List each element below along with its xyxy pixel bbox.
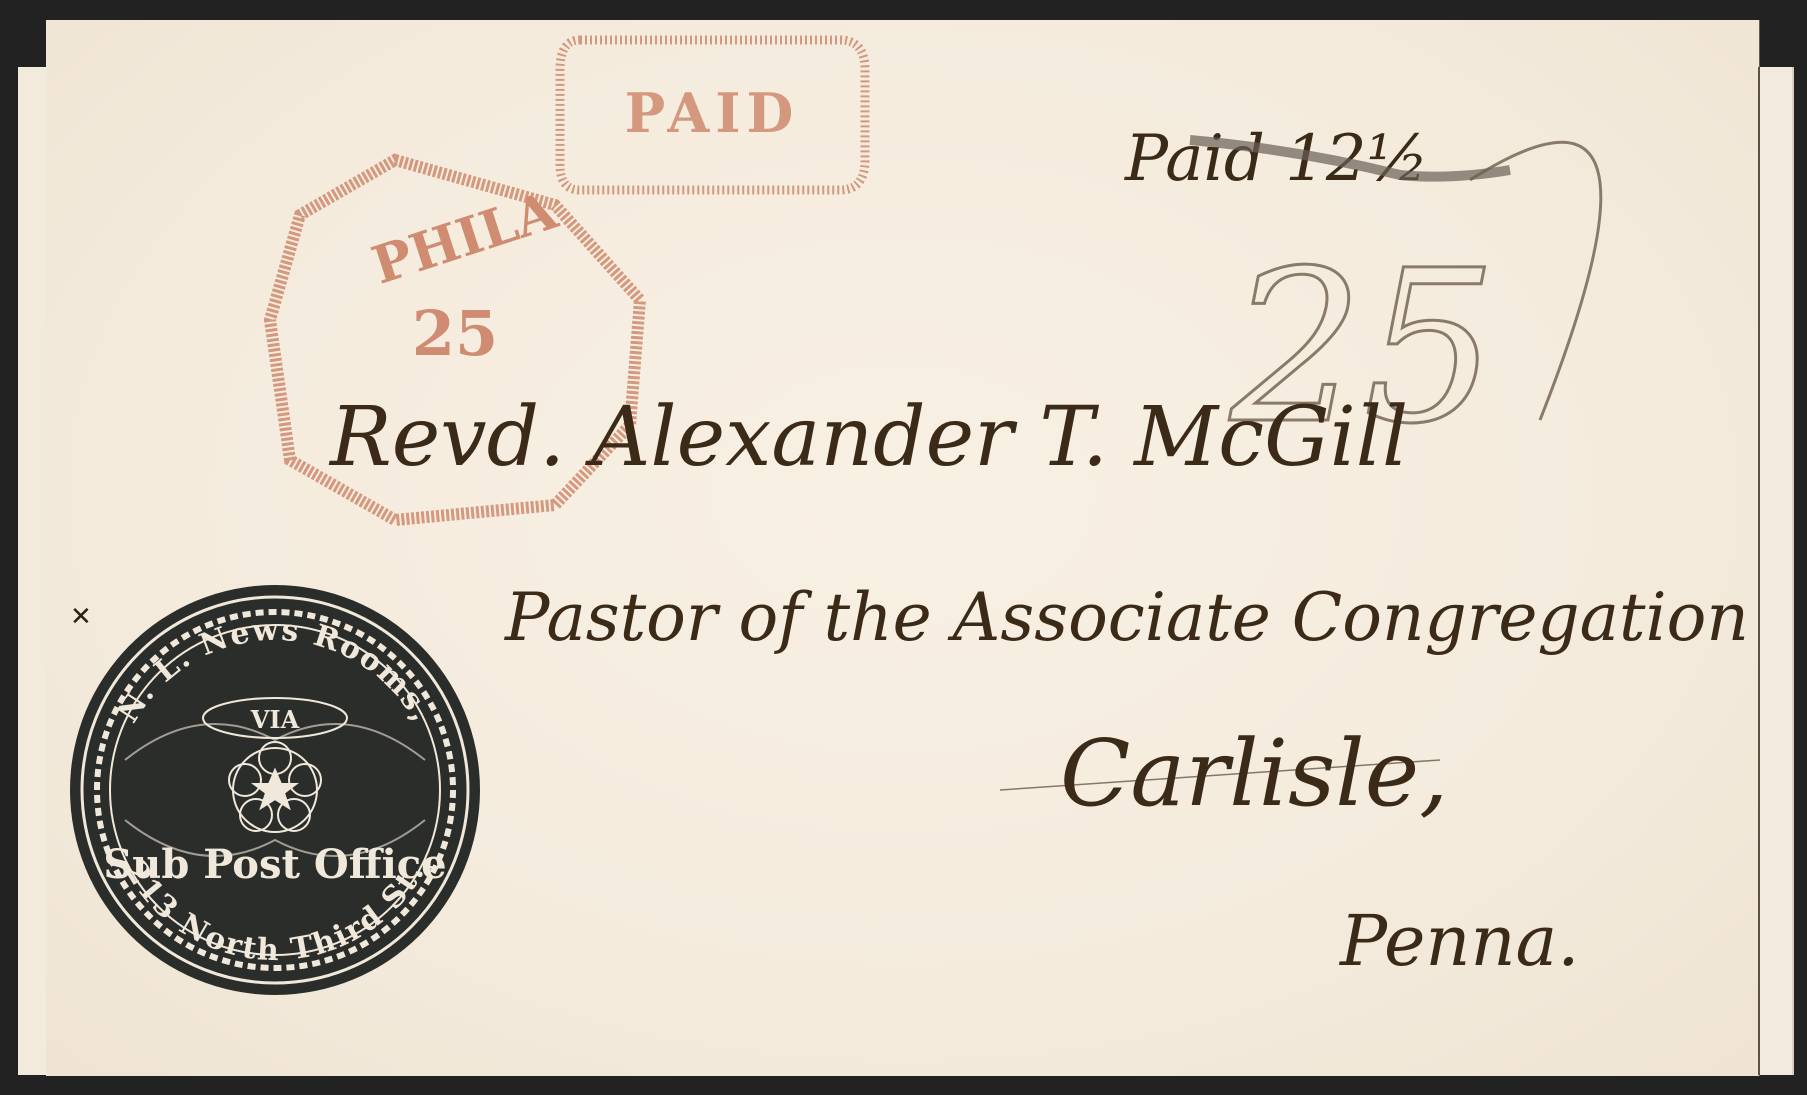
label-via: VIA <box>250 705 300 734</box>
address-line-1: Revd. Alexander T. McGill <box>328 390 1408 485</box>
crossed-out-paid: Paid 12½ <box>1124 122 1510 196</box>
svg-text:Paid 12½: Paid 12½ <box>1124 122 1429 196</box>
phila-text: PHILA <box>365 180 565 297</box>
paid-handstamp: PAID <box>560 40 865 190</box>
label-center: Sub Post Office <box>103 841 446 888</box>
paid-text: PAID <box>625 81 800 145</box>
date-text: 25 <box>412 297 498 370</box>
cover-markings: PAID PHILA 25 25 Paid 12½ Revd. Alexande… <box>0 0 1807 1095</box>
address-line-4: Penna. <box>1338 900 1580 982</box>
address-line-2: Pastor of the Associate Congregation <box>504 579 1749 656</box>
ink-mark: ✕ <box>70 602 92 632</box>
sub-post-office-label: N. L. News Rooms, 213 North Third St. VI… <box>70 585 480 995</box>
address-line-3: Carlisle, <box>1060 720 1448 827</box>
